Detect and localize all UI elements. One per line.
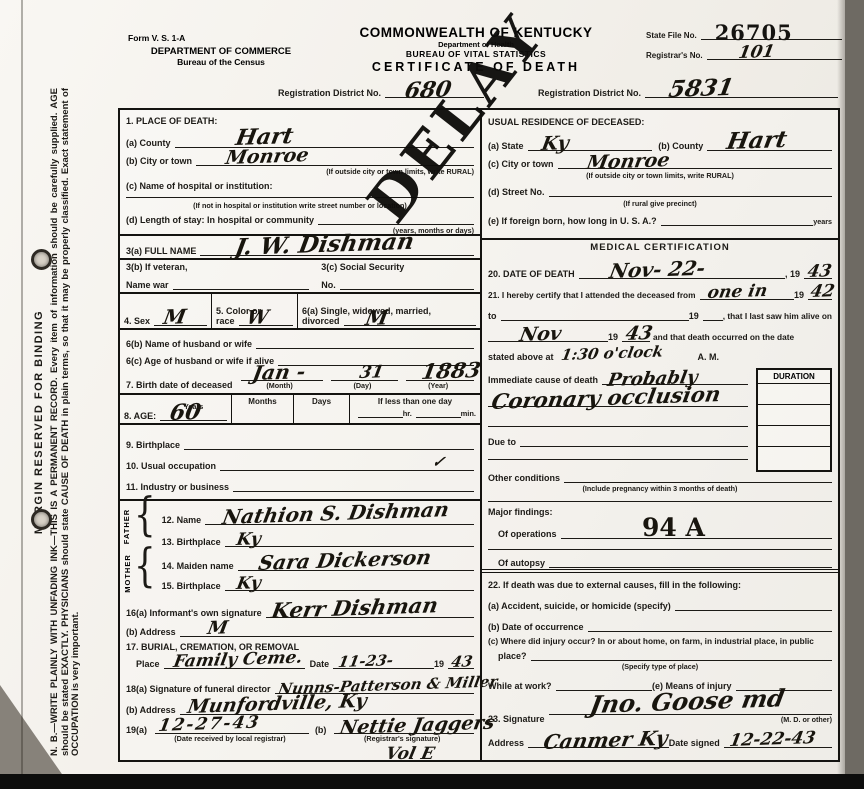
duration-box: DURATION bbox=[756, 368, 832, 472]
stated-above-label: stated above at bbox=[488, 352, 554, 362]
years-suffix: years bbox=[813, 217, 832, 226]
birth-day-value: 31 bbox=[358, 364, 385, 382]
divorced-label: divorced bbox=[302, 316, 340, 326]
paper-fold-line bbox=[21, 0, 23, 774]
age-months-label: Months bbox=[248, 397, 276, 406]
autopsy-label: Of autopsy bbox=[498, 558, 545, 568]
other-conditions-line bbox=[564, 474, 832, 483]
registrar-sig-line: Nettie Jaggers bbox=[334, 725, 474, 734]
funeral-addr-label: (b) Address bbox=[126, 705, 176, 715]
saw-year-line: 43 bbox=[622, 333, 650, 342]
accident-label: (a) Accident, suicide, or homicide (spec… bbox=[488, 601, 671, 611]
burial-place-line: Family Ceme. bbox=[164, 660, 305, 669]
mother-birthplace-value: Ky bbox=[235, 575, 262, 593]
punch-hole-top bbox=[31, 249, 52, 270]
blank-line bbox=[488, 451, 748, 460]
certification-statement-block: 21. I hereby certify that I attended the… bbox=[482, 281, 838, 366]
binding-margin-note: MARGIN RESERVED FOR BINDING N. B.—WRITE … bbox=[33, 88, 82, 756]
operations-label: Of operations bbox=[498, 529, 557, 539]
other-conditions-label: Other conditions bbox=[488, 473, 560, 483]
sex-label: 4. Sex bbox=[124, 316, 150, 326]
file-numbers-block: State File No. 26705 Registrar's No. 101 bbox=[646, 20, 842, 60]
major-findings-label: Major findings: bbox=[488, 507, 553, 517]
father-side-label: FATHER bbox=[120, 501, 134, 551]
mother-brace: { bbox=[134, 543, 156, 602]
injury-place-line bbox=[531, 652, 832, 661]
birth-date-label: 7. Birth date of deceased bbox=[126, 380, 233, 390]
birth-year-value: 1883 bbox=[420, 359, 483, 382]
duration-line bbox=[758, 384, 830, 405]
cause-label: Immediate cause of death bbox=[488, 375, 598, 385]
res-street-caption: (If rural give precinct) bbox=[623, 199, 697, 208]
cause-value2: Coronary occlusion bbox=[490, 383, 722, 412]
margin-nb-text: N. B.—WRITE PLAINLY WITH UNFADING INK—TH… bbox=[50, 88, 82, 756]
physician-address-value: Canmer Ky bbox=[542, 728, 669, 752]
burial-year-value: 43 bbox=[450, 654, 474, 670]
burial-date-line: 11-23- bbox=[333, 660, 434, 669]
age-hr-line bbox=[358, 409, 403, 418]
certificate-form: 1. PLACE OF DEATH: (a) County Hart (b) C… bbox=[118, 108, 840, 762]
res-state-value: Ky bbox=[540, 134, 570, 154]
state-file-number: 26705 bbox=[715, 24, 793, 42]
burial-section: 17. BURIAL, CREMATION, OR REMOVAL Place … bbox=[120, 641, 480, 673]
age-years-line: Years 60 bbox=[160, 412, 227, 421]
major-findings-block: Major findings: Of operations 94 A Of au… bbox=[482, 506, 838, 573]
race-label: race bbox=[216, 316, 235, 326]
informant-addr-label: (b) Address bbox=[126, 627, 176, 637]
father-birthplace-line: Ky bbox=[225, 538, 474, 547]
birth-month-value: Jan - bbox=[251, 361, 307, 383]
res-street-line bbox=[549, 188, 832, 197]
form-identification: Form V. S. 1-A DEPARTMENT OF COMMERCE Bu… bbox=[126, 33, 316, 67]
age-days-label: Days bbox=[312, 397, 331, 406]
birth-day-line: 31 bbox=[331, 372, 399, 381]
informant-section: 16(a) Informant's own signature Kerr Dis… bbox=[120, 595, 480, 641]
birthplace-line bbox=[184, 441, 474, 450]
foreign-born-line bbox=[661, 217, 814, 226]
registrar-number: 101 bbox=[737, 44, 776, 62]
county-label: (a) County bbox=[126, 138, 171, 148]
marital-line: M bbox=[344, 317, 476, 326]
res-city-value: Monroe bbox=[585, 151, 671, 173]
full-name-row: 3(a) FULL NAME J. W. Dishman bbox=[120, 236, 480, 260]
certify-line1: 21. I hereby certify that I attended the… bbox=[488, 290, 696, 300]
father-name-label: 12. Name bbox=[162, 515, 202, 525]
spouse-line bbox=[256, 340, 474, 349]
attended-from-line: one in bbox=[700, 291, 794, 300]
father-side-text: FATHER bbox=[123, 508, 132, 543]
to-line bbox=[501, 312, 689, 321]
scan-edge-right bbox=[845, 0, 864, 789]
father-name-value: Nathion S. Dishman bbox=[221, 499, 451, 527]
occupation-checkmark: ✓ bbox=[431, 455, 446, 470]
mother-birthplace-label: 15. Birthplace bbox=[162, 581, 221, 591]
department-of-commerce: DEPARTMENT OF COMMERCE bbox=[126, 46, 316, 57]
dod-line: Nov- 22- bbox=[579, 270, 785, 279]
bureau-of-census: Bureau of the Census bbox=[126, 57, 316, 67]
dod-year-line: 43 bbox=[804, 270, 832, 279]
res-city-line: Monroe bbox=[558, 160, 833, 169]
other-conditions-caption: (Include pregnancy within 3 months of de… bbox=[583, 484, 738, 493]
mother-side-label: MOTHER bbox=[120, 551, 134, 595]
informant-sig-label: 16(a) Informant's own signature bbox=[126, 608, 262, 618]
occurrence-line bbox=[588, 623, 832, 632]
res-county-line: Hart bbox=[707, 142, 832, 151]
burial-year-prefix: 19 bbox=[434, 659, 444, 669]
reg-district-label-right: Registration District No. bbox=[538, 88, 641, 98]
mother-birthplace-line: Ky bbox=[225, 582, 474, 591]
physician-signature: Jno. Goose md bbox=[588, 686, 787, 717]
reg-district-value-right: 5831 bbox=[667, 76, 736, 101]
due-to-line bbox=[520, 438, 748, 447]
from-year-value: 42 bbox=[809, 283, 836, 301]
res-city-label: (c) City or town bbox=[488, 159, 554, 169]
spouse-age-label: 6(c) Age of husband or wife if alive bbox=[126, 356, 274, 366]
residence-title: USUAL RESIDENCE OF DECEASED: bbox=[488, 117, 644, 127]
last-saw-value: Nov bbox=[518, 325, 563, 345]
from-year-prefix: 19 bbox=[794, 290, 804, 300]
injury-where-label: (c) Where did injury occur? In or about … bbox=[488, 636, 814, 646]
full-name-line: J. W. Dishman bbox=[200, 247, 474, 256]
to-year-prefix: 19 bbox=[689, 311, 699, 321]
punch-hole-bottom bbox=[31, 509, 52, 530]
from-year-line: 42 bbox=[808, 291, 832, 300]
burial-date-label: Date bbox=[310, 659, 330, 669]
autopsy-line bbox=[549, 559, 832, 568]
certify-line2: , that I last saw him alive on bbox=[723, 311, 832, 321]
medical-cert-title-row: MEDICAL CERTIFICATION bbox=[482, 240, 838, 257]
mother-name-value: Sara Dickerson bbox=[257, 547, 433, 573]
dod-label: 20. DATE OF DEATH bbox=[488, 269, 575, 279]
birth-year-line: 1883 bbox=[406, 372, 474, 381]
informant-address-value: M bbox=[206, 619, 229, 638]
veteran-label: 3(b) If veteran, bbox=[126, 262, 309, 272]
veteran-ss-row: 3(b) If veteran, Name war 3(c) Social Se… bbox=[120, 260, 480, 294]
received-date-line: 12-27-43 bbox=[155, 725, 309, 734]
spouse-label: 6(b) Name of husband or wife bbox=[126, 339, 252, 349]
city-label: (b) City or town bbox=[126, 156, 192, 166]
cause-line2: Coronary occlusion bbox=[488, 398, 748, 407]
at-work-label: While at work? bbox=[488, 681, 552, 691]
volume-note: Vol E bbox=[384, 744, 437, 764]
cause-line3 bbox=[488, 418, 748, 427]
hospital-label: (c) Name of hospital or institution: bbox=[126, 181, 273, 191]
medical-cert-title: MEDICAL CERTIFICATION bbox=[590, 242, 729, 253]
external-title: 22. If death was due to external causes,… bbox=[488, 580, 741, 590]
age-min-line bbox=[416, 409, 461, 418]
residence-section: USUAL RESIDENCE OF DECEASED: (a) State K… bbox=[482, 110, 838, 240]
occupation-label: 10. Usual occupation bbox=[126, 461, 216, 471]
hour-value: 1:30 o'clock bbox=[560, 344, 664, 363]
physician-sig-label: 23. Signature bbox=[488, 714, 545, 724]
race-value: W bbox=[245, 308, 270, 328]
physician-addr-label: Address bbox=[488, 738, 524, 748]
industry-line bbox=[233, 483, 474, 492]
form-number: Form V. S. 1-A bbox=[128, 33, 316, 43]
age-row: 8. AGE: Years 60 Months Days If less tha… bbox=[120, 395, 480, 425]
age-years-value: 60 bbox=[168, 401, 203, 424]
physician-sig-line: Jno. Goose md bbox=[549, 706, 832, 715]
margin-binding-text: MARGIN RESERVED FOR BINDING bbox=[33, 88, 45, 756]
director-label: 18(a) Signature of funeral director bbox=[126, 684, 271, 694]
res-state-label: (a) State bbox=[488, 141, 524, 151]
physician-signature-block: 23. Signature Jno. Goose md (M. D. or ot… bbox=[482, 699, 838, 760]
foreign-born-label: (e) If foreign born, how long in U. S. A… bbox=[488, 216, 657, 226]
occurrence-label: (b) Date of occurrence bbox=[488, 622, 584, 632]
duration-line bbox=[758, 405, 830, 426]
physician-addr-line: Canmer Ky bbox=[528, 739, 669, 748]
spouse-birthdate-block: 6(b) Name of husband or wife 6(c) Age of… bbox=[120, 330, 480, 395]
father-birthplace-value: Ky bbox=[235, 531, 262, 549]
certify-line3: and that death occurred on the date bbox=[653, 332, 794, 342]
sex-value: M bbox=[162, 306, 188, 327]
operations-value: 94 A bbox=[642, 515, 705, 540]
occupation-line: ✓ bbox=[220, 462, 474, 471]
mother-section: MOTHER { 14. Maiden name Sara Dickerson … bbox=[120, 551, 480, 595]
informant-addr-line: M bbox=[180, 628, 474, 637]
birthplace-occupation-block: 9. Birthplace 10. Usual occupation ✓ 11.… bbox=[120, 425, 480, 501]
date-signed-label: Date signed bbox=[669, 738, 720, 748]
res-street-label: (d) Street No. bbox=[488, 187, 545, 197]
ss-label: 3(c) Social Security bbox=[321, 262, 474, 272]
registrar-no-label: Registrar's No. bbox=[646, 51, 703, 60]
blank-line bbox=[488, 541, 832, 550]
ampm-label: A. M. bbox=[698, 352, 720, 362]
age-min-label: min. bbox=[461, 409, 476, 418]
city-value: Monroe bbox=[224, 146, 310, 168]
duration-line bbox=[758, 426, 830, 447]
father-birthplace-label: 13. Birthplace bbox=[162, 537, 221, 547]
received-date-value: 12-27-43 bbox=[157, 714, 262, 735]
informant-signature: Kerr Dishman bbox=[270, 594, 440, 621]
length-of-stay-label: (d) Length of stay: In hospital or commu… bbox=[126, 215, 314, 225]
mother-name-line: Sara Dickerson bbox=[238, 562, 474, 571]
father-name-line: Nathion S. Dishman bbox=[205, 516, 474, 525]
injury-place-caption: (Specify type of place) bbox=[622, 662, 698, 671]
informant-sig-line: Kerr Dishman bbox=[266, 609, 474, 618]
attended-from-value: one in bbox=[706, 283, 769, 302]
name-war-line bbox=[173, 281, 310, 290]
mother-name-label: 14. Maiden name bbox=[162, 561, 234, 571]
full-name-label: 3(a) FULL NAME bbox=[126, 246, 196, 256]
age-hr-label: hr. bbox=[403, 409, 412, 418]
burial-date-value: 11-23- bbox=[337, 653, 394, 670]
sex-line: M bbox=[154, 317, 207, 326]
age-label: 8. AGE: bbox=[124, 411, 156, 421]
burial-place-label: Place bbox=[136, 659, 160, 669]
mother-side-text: MOTHER bbox=[123, 554, 132, 593]
res-county-value: Hart bbox=[725, 128, 789, 153]
burial-year-line: 43 bbox=[448, 660, 474, 669]
saw-year-prefix: 19 bbox=[608, 332, 618, 342]
burial-place-value: Family Ceme. bbox=[172, 650, 304, 671]
operations-line: 94 A bbox=[561, 530, 832, 539]
date-of-death-row: 20. DATE OF DEATH Nov- 22- , 19 43 bbox=[482, 257, 838, 281]
to-label: to bbox=[488, 311, 497, 321]
date-signed-line: 12-22-43 bbox=[724, 739, 832, 748]
scanned-death-certificate: MARGIN RESERVED FOR BINDING N. B.—WRITE … bbox=[0, 0, 864, 789]
received-no: 19(a) bbox=[126, 725, 147, 735]
form-right-column: USUAL RESIDENCE OF DECEASED: (a) State K… bbox=[482, 110, 838, 760]
last-saw-line: Nov bbox=[488, 333, 608, 342]
date-signed-value: 12-22-43 bbox=[728, 730, 817, 750]
state-file-label: State File No. bbox=[646, 31, 697, 40]
scan-edge-bottom bbox=[0, 774, 864, 789]
place-of-death-title: 1. PLACE OF DEATH: bbox=[126, 116, 217, 126]
saw-year-value: 43 bbox=[624, 324, 654, 344]
accident-line bbox=[675, 602, 832, 611]
duration-label: DURATION bbox=[758, 370, 830, 384]
injury-place-label: place? bbox=[498, 651, 527, 661]
blank-line bbox=[488, 493, 832, 502]
dod-value: Nov- 22- bbox=[608, 258, 707, 281]
ss-no-label: No. bbox=[321, 280, 336, 290]
name-war-label: Name war bbox=[126, 280, 169, 290]
other-conditions-block: Other conditions (Include pregnancy with… bbox=[482, 471, 838, 506]
external-causes-block: 22. If death was due to external causes,… bbox=[482, 573, 838, 699]
reg-district-label-left: Registration District No. bbox=[278, 88, 381, 98]
hour-line: 1:30 o'clock bbox=[558, 353, 698, 362]
dod-year-prefix: , 19 bbox=[785, 269, 800, 279]
father-section: FATHER { 12. Name Nathion S. Dishman 13.… bbox=[120, 501, 480, 551]
age-less-than-day-label: If less than one day bbox=[354, 397, 476, 406]
due-to-label: Due to bbox=[488, 437, 516, 447]
ss-no-line bbox=[340, 281, 474, 290]
dod-year-value: 43 bbox=[806, 263, 833, 281]
registrar-b-label: (b) bbox=[315, 725, 327, 735]
race-line: W bbox=[239, 317, 293, 326]
birth-month-line: Jan - bbox=[241, 372, 323, 381]
funeral-director-section: 18(a) Signature of funeral director Nunn… bbox=[120, 673, 480, 719]
registration-district-right: Registration District No. 5831 bbox=[538, 84, 838, 98]
sex-color-marital-row: 4. Sex M 5. Color or race W bbox=[120, 294, 480, 330]
birthplace-label: 9. Birthplace bbox=[126, 440, 180, 450]
full-name-value: J. W. Dishman bbox=[233, 230, 416, 259]
marital-value: M bbox=[364, 307, 390, 328]
to-year-line bbox=[703, 312, 723, 321]
